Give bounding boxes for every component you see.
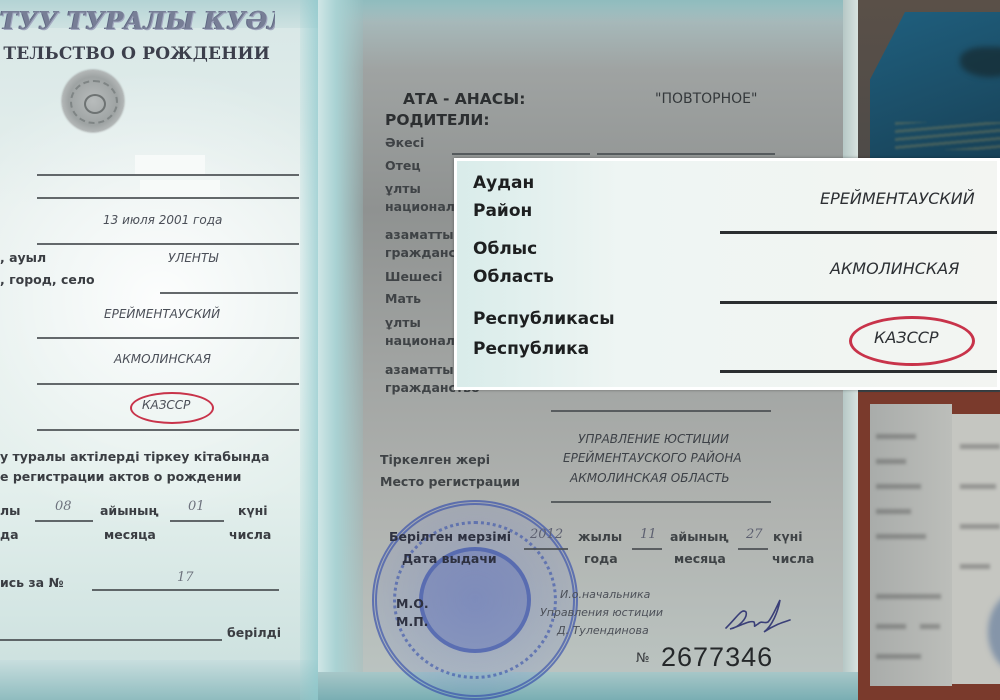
state-emblem-icon: [62, 70, 124, 132]
inset-republic-value: КАЗССР: [874, 328, 939, 347]
certificate-title-ru: ТЕЛЬСТВО О РОЖДЕНИИ: [0, 44, 270, 64]
district-value: ЕРЕЙМЕНТАУСКИЙ: [104, 307, 220, 321]
nationality-label-kz: ұлты: [385, 315, 421, 330]
certificate-left-page: [0, 0, 318, 700]
inset-field-line: [720, 231, 1000, 234]
signature: [720, 598, 800, 634]
booklet-page: [870, 404, 952, 686]
region-value: АКМОЛИНСКАЯ: [114, 352, 211, 366]
day-value: 01: [188, 499, 205, 514]
issue-year-value: 2012: [530, 527, 563, 542]
month-value: 08: [55, 499, 72, 514]
issue-date-label-kz: Берілген мерзімі: [389, 529, 511, 544]
month-label-kz: айының: [670, 529, 729, 544]
inset-district-label-ru: Район: [473, 201, 532, 221]
field-line: [170, 520, 224, 522]
field-line: [738, 548, 768, 550]
field-line: [551, 410, 771, 412]
field-line: [35, 520, 93, 522]
reg-place-line-3: АКМОЛИНСКАЯ ОБЛАСТЬ: [570, 471, 730, 485]
nationality-label-kz: ұлты: [385, 181, 421, 196]
nationality-label-ru: национал: [385, 199, 455, 214]
issue-date-label-ru: Дата выдачи: [402, 551, 497, 566]
mother-label-kz: Шешесі: [385, 269, 442, 284]
issued-label: берілді: [227, 625, 281, 640]
inset-field-line: [720, 301, 1000, 304]
issue-day-value: 27: [746, 527, 763, 542]
field-line: [597, 153, 775, 155]
field-line: [37, 429, 299, 431]
field-line: [524, 548, 568, 550]
inset-district-label-kz: Аудан: [473, 173, 534, 193]
nationality-label-ru: национал: [385, 333, 455, 348]
year-label-kz: жылы: [578, 529, 622, 544]
field-line: [37, 243, 299, 245]
month-label-kz: айының: [100, 503, 159, 518]
official-title-line-1: И.о.начальника: [560, 588, 650, 601]
field-line: [0, 639, 222, 641]
year-label-ru: да: [0, 527, 19, 542]
field-line: [551, 501, 771, 503]
place-label-kz: , ауыл: [0, 250, 46, 265]
inset-field-line: [720, 370, 1000, 373]
inset-region-value: АКМОЛИНСКАЯ: [830, 259, 959, 278]
citizenship-label-ru: гражданс: [385, 245, 456, 260]
field-line: [37, 337, 299, 339]
reg-place-line-2: ЕРЕЙМЕНТАУСКОГО РАЙОНА: [563, 451, 742, 465]
month-label-ru: месяца: [674, 551, 726, 566]
day-label-kz: күні: [773, 529, 803, 544]
record-number: 17: [177, 570, 194, 585]
inset-republic-label-ru: Республика: [473, 339, 589, 359]
place-value: УЛЕНТЫ: [168, 251, 218, 265]
issue-month-value: 11: [640, 527, 657, 542]
seal-label-ru: М.П.: [396, 614, 428, 629]
day-label-kz: күні: [238, 503, 268, 518]
record-label: ись за №: [0, 575, 64, 590]
inset-region-label-kz: Облыс: [473, 239, 537, 259]
reg-place-label-kz: Тіркелген жері: [380, 452, 490, 467]
duplicate-mark: "ПОВТОРНОЕ": [655, 91, 757, 107]
field-line: [452, 153, 590, 155]
father-label-kz: Әкесі: [385, 135, 424, 150]
field-line: [37, 197, 299, 199]
redacted-surname: [135, 155, 205, 175]
year-label-ru: года: [584, 551, 618, 566]
open-red-booklet: [858, 392, 1000, 700]
year-label-kz: лы: [0, 503, 20, 518]
mother-label-ru: Мать: [385, 291, 421, 306]
cover-text-blur: [895, 122, 1000, 150]
day-label-ru: числа: [772, 551, 814, 566]
day-label-ru: числа: [229, 527, 271, 542]
parents-heading-ru: РОДИТЕЛИ:: [385, 111, 490, 129]
reg-place-label-ru: Место регистрации: [380, 474, 520, 489]
reg-place-line-1: УПРАВЛЕНИЕ ЮСТИЦИИ: [578, 432, 729, 446]
field-line: [92, 589, 279, 591]
inset-district-value: ЕРЕЙМЕНТАУСКИЙ: [820, 189, 975, 208]
parents-heading-kz: АТА - АНАСЫ:: [403, 90, 525, 108]
certificate-title-kz: ТУУ ТУРАЛЫ КУӘЛІК: [0, 6, 275, 35]
registry-text-ru: е регистрации актов о рождении: [0, 469, 241, 484]
serial-prefix: №: [636, 651, 650, 666]
republic-value: КАЗССР: [142, 398, 190, 412]
official-name: Д. Тулендинова: [557, 624, 649, 637]
official-title-line-2: Управления юстиции: [540, 606, 663, 619]
citizenship-label-kz: азаматты: [385, 227, 454, 242]
serial-number: 2677346: [661, 642, 773, 673]
seal-label-kz: М.О.: [396, 596, 429, 611]
registry-text-kz: у туралы актілерді тіркеу кітабында: [0, 449, 269, 464]
inset-region-label-ru: Область: [473, 267, 554, 287]
birth-date-value: 13 июля 2001 года: [103, 213, 222, 227]
field-line: [632, 548, 662, 550]
inset-republic-label-kz: Республикасы: [473, 309, 615, 329]
field-line: [37, 383, 299, 385]
month-label-ru: месяца: [104, 527, 156, 542]
field-line: [160, 292, 298, 294]
guilloche-border: [318, 672, 858, 700]
guilloche-border: [0, 660, 318, 700]
father-label-ru: Отец: [385, 158, 421, 173]
place-label-ru: , город, село: [0, 272, 95, 287]
field-line: [37, 174, 299, 176]
citizenship-label-kz: азаматты: [385, 362, 454, 377]
zoomed-inset-panel: Аудан Район ЕРЕЙМЕНТАУСКИЙ Облыс Область…: [454, 158, 1000, 390]
emblem-emboss: [960, 47, 1000, 77]
